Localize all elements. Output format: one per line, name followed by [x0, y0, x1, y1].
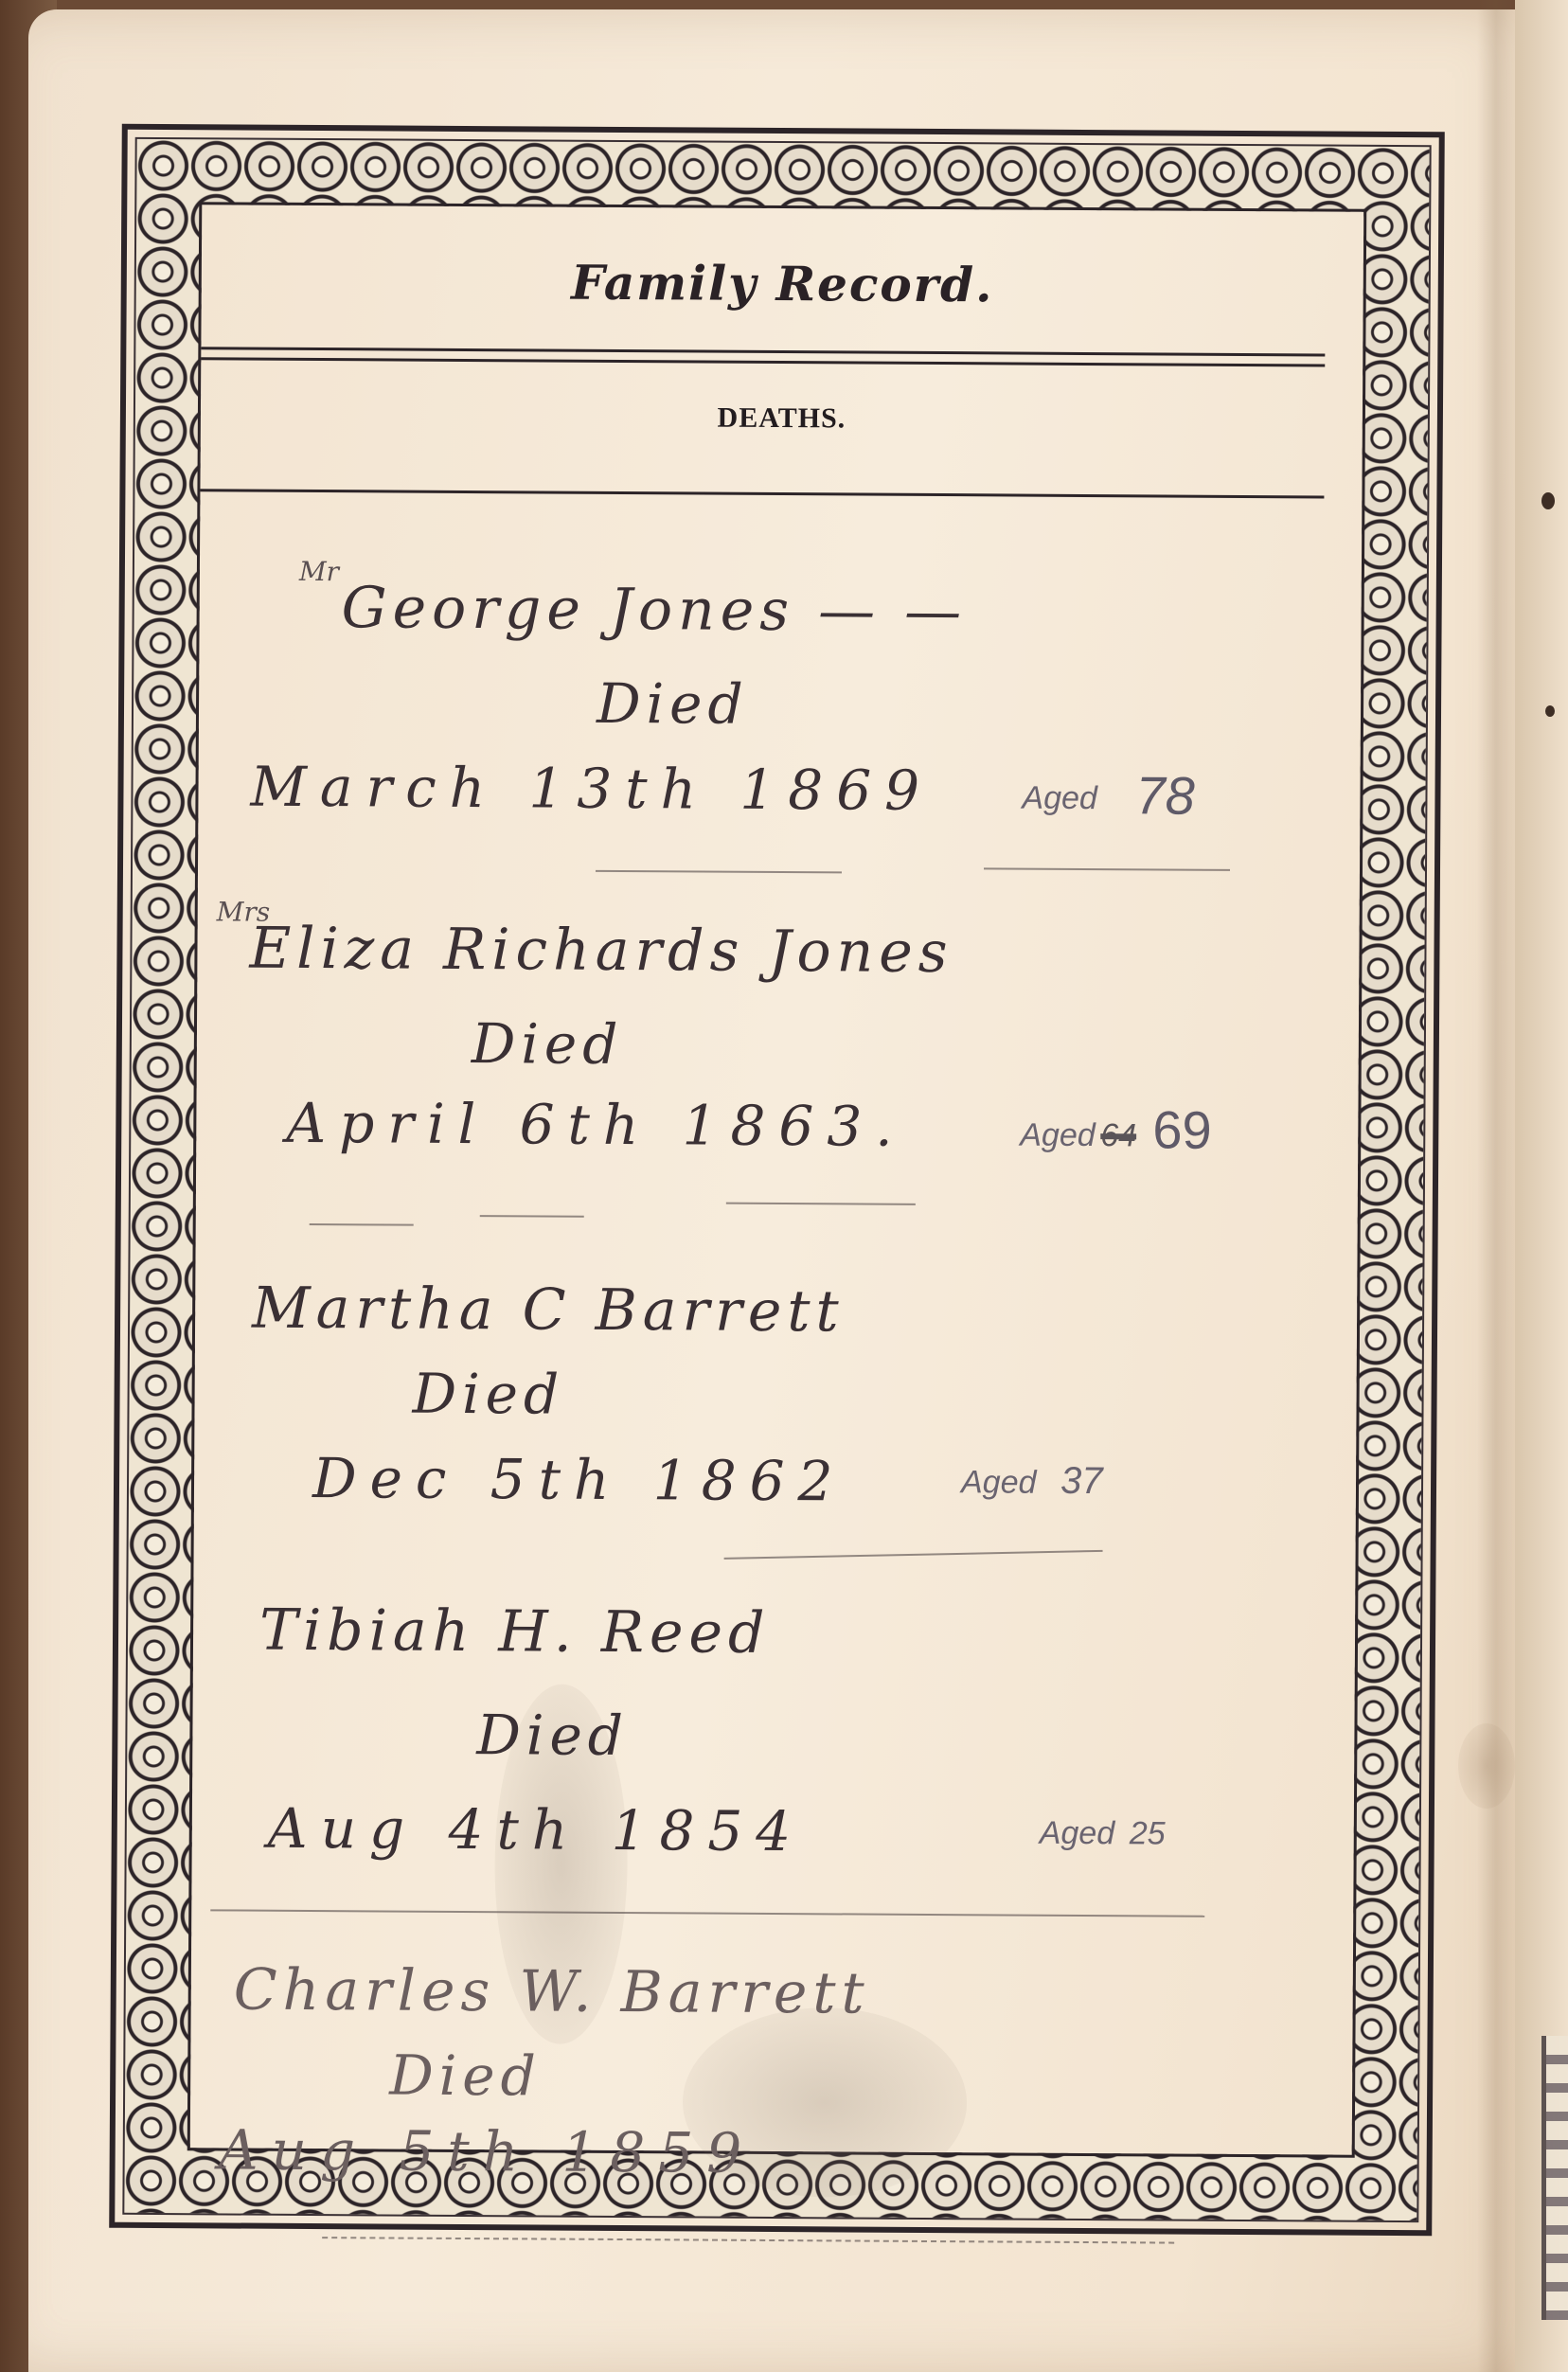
entry-age: 25 [1130, 1815, 1166, 1852]
entry-date: March 13th 1869 [250, 755, 933, 823]
entry-name: Eliza Richards Jones [249, 916, 953, 987]
death-entry: Charles W. Barrett Died Aug 5th 1859 [191, 1956, 1353, 1963]
entry-age: 37 [1060, 1460, 1103, 1503]
section-rule [200, 489, 1324, 498]
death-entry: Mr George Jones — — Died March 13th 1869… [200, 555, 1362, 562]
section-heading: DEATHS. [201, 399, 1363, 437]
death-entry: Tibiah H. Reed Died Aug 4th 1854 Aged 25 [193, 1596, 1355, 1603]
entry-died-label: Died [412, 1362, 564, 1427]
entry-date: Aug 5th 1859 [219, 2117, 756, 2185]
entry-date: April 6th 1863. [286, 1091, 906, 1159]
entry-name: Charles W. Barrett [234, 1957, 870, 2027]
entry-died-label: Died [389, 2043, 542, 2109]
entry-underline [310, 1223, 414, 1226]
entry-underline [480, 1215, 584, 1218]
adjacent-page-border [1541, 2036, 1568, 2320]
title-double-rule [201, 347, 1325, 366]
death-entry: Mrs Eliza Richards Jones Died April 6th … [198, 896, 1360, 902]
entry-underline [210, 1909, 1204, 1917]
adjacent-page-edge [1515, 0, 1568, 2372]
entry-died-label: Died [472, 1011, 624, 1077]
entry-name: Martha C Barrett [252, 1275, 845, 1346]
entry-age: 78 [1135, 764, 1195, 826]
entry-name: Tibiah H. Reed [259, 1597, 771, 1667]
entry-age-label: Aged [1020, 1117, 1096, 1154]
entry-underline [984, 867, 1230, 871]
entry-age-struck: 64 [1100, 1117, 1136, 1154]
page-title: Family Record. [202, 252, 1363, 314]
entry-date: Aug 4th 1854 [268, 1796, 805, 1864]
entry-died-label: Died [476, 1703, 629, 1768]
entry-date: Dec 5th 1862 [312, 1446, 846, 1513]
entry-underline [724, 1550, 1103, 1560]
entry-age-label: Aged [961, 1464, 1037, 1501]
decorative-border-frame: Family Record. DEATHS. Mr George Jones —… [109, 124, 1445, 2236]
death-entry: Martha C Barrett Died Dec 5th 1862 Aged … [195, 1275, 1357, 1281]
entry-age: 69 [1152, 1098, 1212, 1160]
entry-prefix: Mr [299, 556, 339, 587]
entry-name: George Jones — — [341, 575, 967, 645]
spine-crease [1477, 0, 1515, 2372]
record-content-area: Family Record. DEATHS. Mr George Jones —… [187, 202, 1367, 2157]
page-damage-spot [1541, 492, 1555, 509]
entry-age-label: Aged [1040, 1815, 1115, 1852]
page-stain [1458, 1723, 1515, 1809]
page-damage-spot [1545, 705, 1555, 717]
entry-underline [596, 870, 842, 874]
entry-age-label: Aged [1022, 780, 1097, 817]
entry-underline [726, 1203, 916, 1205]
entry-died-label: Died [597, 671, 749, 737]
